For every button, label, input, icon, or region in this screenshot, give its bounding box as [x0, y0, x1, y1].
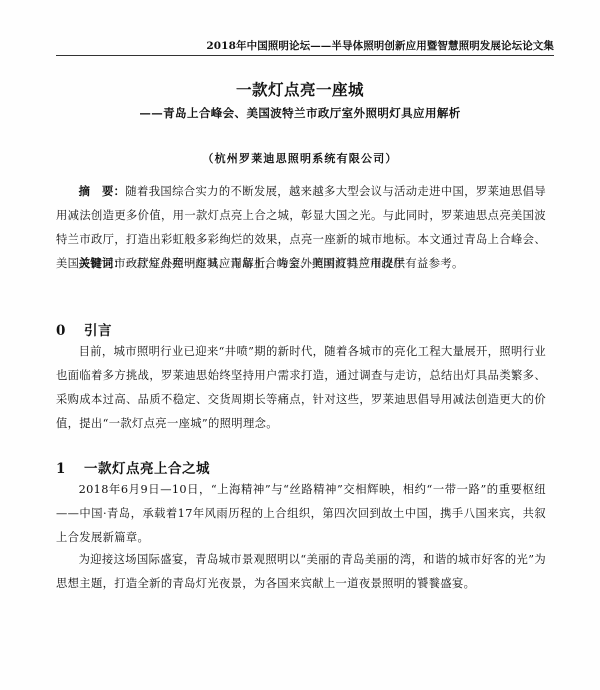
author-affiliation: （杭州罗莱迪思照明系统有限公司） [0, 150, 600, 166]
paragraph: 为迎接这场国际盛宴，青岛城市景观照明以“美丽的青岛美丽的湾，和谐的城市好客的光”… [56, 548, 546, 596]
keywords: 关键词：一款灯点亮一座城、青岛上合峰会、美国波特兰市政厅 [56, 252, 546, 276]
running-header: 2018年中国照明论坛——半导体照明创新应用暨智慧照明发展论坛论文集 [56, 40, 554, 56]
paragraph: 2018年6月9日—10日，“上海精神”与“丝路精神”交相辉映，相约“一带一路”… [56, 478, 546, 550]
paper-title: 一款灯点亮一座城 [0, 78, 600, 100]
keywords-label: 关键词： [79, 257, 126, 270]
section-title: 一款灯点亮上合之城 [84, 461, 210, 477]
keywords-text: 一款灯点亮一座城、青岛上合峰会、美国波特兰市政厅 [125, 257, 405, 270]
section-heading-sco-city: 1一款灯点亮上合之城 [56, 457, 210, 477]
section-number: 1 [56, 461, 84, 477]
section-title: 引言 [84, 323, 112, 339]
abstract-label: 摘 要： [79, 185, 126, 198]
paragraph: 目前，城市照明行业已迎来“井喷”期的新时代，随着各城市的亮化工程大量展开，照明行… [56, 340, 546, 436]
section-heading-introduction: 0引言 [56, 319, 112, 339]
paper-subtitle: ——青岛上合峰会、美国波特兰市政厅室外照明灯具应用解析 [0, 105, 600, 121]
section-number: 0 [56, 323, 84, 339]
